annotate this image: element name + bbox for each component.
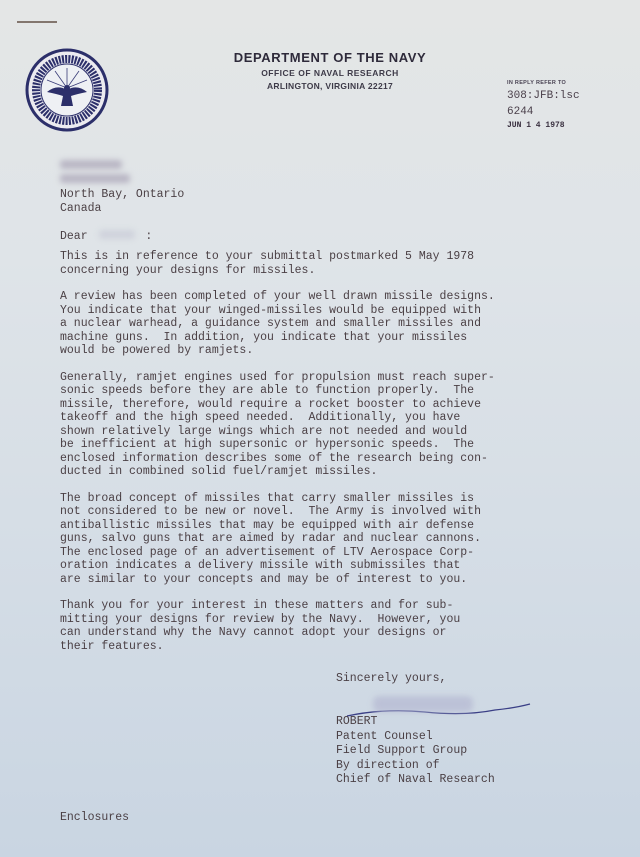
office-address: ARLINGTON, VIRGINIA 22217 <box>200 81 460 91</box>
reference-code: 308:JFB:lsc <box>507 90 580 102</box>
letter-body: This is in reference to your submittal p… <box>60 250 620 666</box>
paragraph-thanks: Thank you for your interest in these mat… <box>60 599 620 653</box>
recipient-street-redacted <box>60 174 184 188</box>
signer-name: ROBERT <box>336 715 495 730</box>
letter-page: DEPARTMENT OF THE NAVY OFFICE OF NAVAL R… <box>0 0 640 857</box>
salutation-name-redacted <box>99 230 135 239</box>
salutation-prefix: Dear <box>60 230 88 243</box>
paragraph-ramjet: Generally, ramjet engines used for propu… <box>60 371 620 479</box>
paragraph-concept: The broad concept of missiles that carry… <box>60 492 620 587</box>
signature-block: ROBERT Patent Counsel Field Support Grou… <box>336 715 495 788</box>
signer-group: Field Support Group <box>336 744 495 759</box>
signer-chief: Chief of Naval Research <box>336 773 495 788</box>
office-name: OFFICE OF NAVAL RESEARCH <box>200 68 460 78</box>
recipient-city: North Bay, Ontario <box>60 188 184 202</box>
paragraph-reference: This is in reference to your submittal p… <box>60 250 620 277</box>
department-name: DEPARTMENT OF THE NAVY <box>200 50 460 65</box>
reference-number: 6244 <box>507 106 580 118</box>
paper-mark <box>17 21 57 23</box>
recipient-name-redacted <box>60 160 184 174</box>
reply-reference: IN REPLY REFER TO 308:JFB:lsc 6244 JUN 1… <box>507 80 580 130</box>
reference-label: IN REPLY REFER TO <box>507 80 580 86</box>
salutation: Dear : <box>60 230 152 243</box>
signer-authority: By direction of <box>336 759 495 774</box>
closing: Sincerely yours, <box>336 672 446 685</box>
recipient-address: North Bay, Ontario Canada <box>60 160 184 216</box>
recipient-country: Canada <box>60 202 184 216</box>
enclosures-note: Enclosures <box>60 811 129 824</box>
date-stamp: JUN 1 4 1978 <box>507 121 580 130</box>
salutation-suffix: : <box>145 230 152 243</box>
dod-seal-icon <box>25 48 109 132</box>
paragraph-review: A review has been completed of your well… <box>60 290 620 358</box>
signer-title: Patent Counsel <box>336 730 495 745</box>
letterhead: DEPARTMENT OF THE NAVY OFFICE OF NAVAL R… <box>200 50 460 91</box>
